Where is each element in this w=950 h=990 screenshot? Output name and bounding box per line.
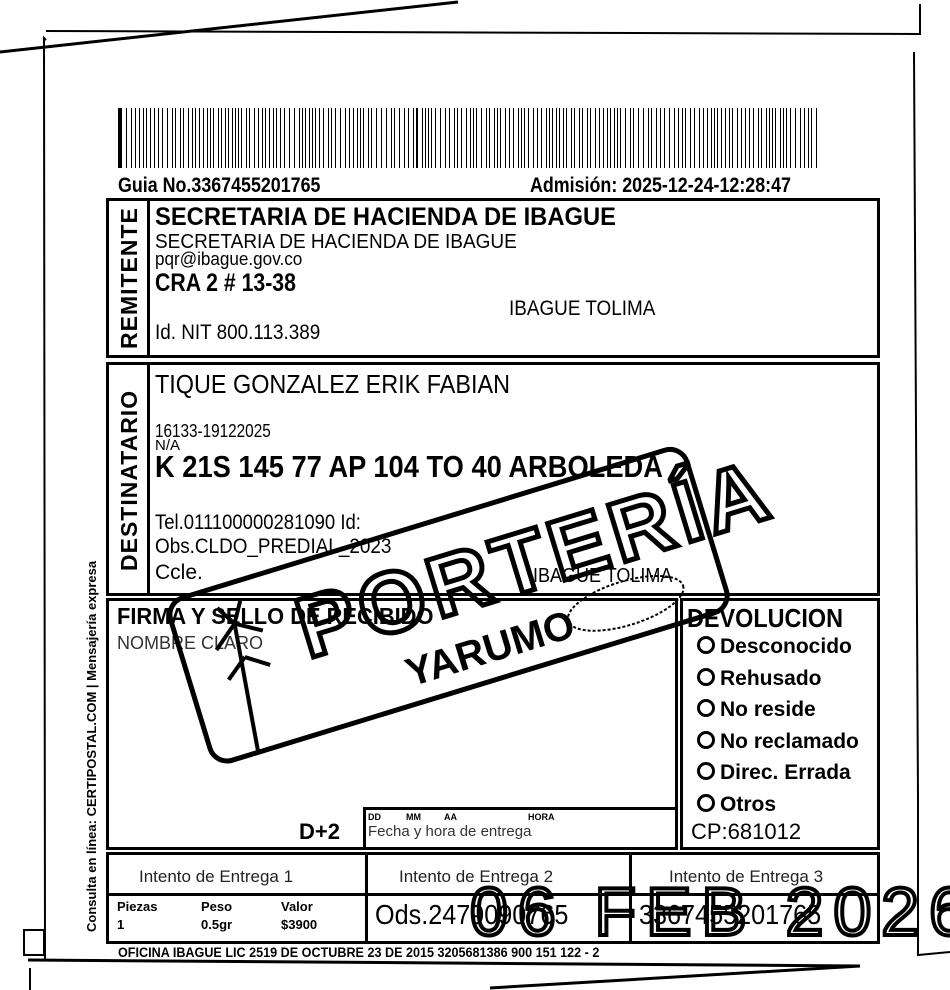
radio-circle-icon[interactable] <box>697 699 715 717</box>
date-header-dd: DD <box>368 812 381 822</box>
sender-address: CRA 2 # 13-38 <box>155 269 321 298</box>
signature-box[interactable]: FIRMA Y SELLO DE RECIBIDO NOMBRE CLARO D… <box>106 598 678 850</box>
return-option-label: No reside <box>720 698 816 721</box>
return-box: DEVOLUCION DesconocidoRehusadoNo resideN… <box>680 598 880 850</box>
recipient-box: DESTINATARIO TIQUE GONZALEZ ERIK FABIAN … <box>106 362 880 596</box>
recipient-ccle: Ccle. <box>155 561 203 585</box>
sender-email: pqr@ibague.gov.co <box>155 249 310 270</box>
date-header-aa: AA <box>444 812 457 822</box>
postal-code: CP:681012 <box>691 819 801 845</box>
return-option[interactable]: Otros <box>697 793 776 817</box>
service-type: D+2 <box>299 819 340 845</box>
sender-box: REMITENTE SECRETARIA DE HACIENDA DE IBAG… <box>106 198 880 358</box>
weight-header: Peso <box>201 899 232 914</box>
sender-section-label: REMITENTE <box>116 207 143 349</box>
return-option-label: Otros <box>720 793 776 816</box>
return-option[interactable]: No reclamado <box>697 730 859 754</box>
sender-name-bold: SECRETARIA DE HACIENDA DE IBAGUE <box>155 203 640 232</box>
value-value: $3900 <box>281 917 317 932</box>
attempt-3[interactable]: Intento de Entrega 3 <box>669 867 823 887</box>
pieces-value: 1 <box>117 917 124 932</box>
date-caption: Fecha y hora de entrega <box>368 823 531 840</box>
delivery-date-field[interactable]: DD MM AA HORA Fecha y hora de entrega <box>363 807 675 847</box>
return-option-label: No reclamado <box>720 730 859 753</box>
recipient-city: IBAGUE TOLIMA <box>533 565 688 588</box>
delivery-attempts-box: Intento de Entrega 1 Intento de Entrega … <box>106 852 880 944</box>
date-header-hora: HORA <box>528 812 555 822</box>
signature-title: FIRMA Y SELLO DE RECIBIDO <box>117 603 450 630</box>
pieces-header: Piezas <box>117 899 157 914</box>
recipient-name: TIQUE GONZALEZ ERIK FABIAN <box>155 369 549 400</box>
radio-circle-icon[interactable] <box>697 636 715 654</box>
radio-circle-icon[interactable] <box>697 668 715 686</box>
radio-circle-icon[interactable] <box>697 762 715 780</box>
guide-code: 3367455201765 <box>639 899 841 931</box>
return-option-label: Rehusado <box>720 667 822 690</box>
return-option[interactable]: No reside <box>697 698 816 722</box>
admission-date: Admisión: 2025-12-24-12:28:47 <box>530 174 837 200</box>
date-header-mm: MM <box>406 812 421 822</box>
return-option-label: Direc. Errada <box>720 761 851 784</box>
barcode <box>118 108 820 168</box>
signature-name-label: NOMBRE CLARO <box>117 633 263 654</box>
recipient-obs: Obs.CLDO_PREDIAL_2023 <box>155 535 418 559</box>
return-option-label: Desconocido <box>720 635 852 658</box>
attempt-2[interactable]: Intento de Entrega 2 <box>399 867 553 887</box>
sender-city: IBAGUE TOLIMA <box>509 297 672 321</box>
attempt-1[interactable]: Intento de Entrega 1 <box>139 867 293 887</box>
recipient-section-label: DESTINATARIO <box>116 390 143 571</box>
recipient-phone: Tel.011100000281090 Id: <box>155 511 389 535</box>
value-header: Valor <box>281 899 313 914</box>
sender-nit: Id. NIT 800.113.389 <box>155 321 339 345</box>
return-title: DEVOLUCION <box>687 603 860 634</box>
radio-circle-icon[interactable] <box>697 794 715 812</box>
return-option[interactable]: Direc. Errada <box>697 761 851 785</box>
radio-circle-icon[interactable] <box>697 731 715 749</box>
return-option[interactable]: Rehusado <box>697 667 822 691</box>
recipient-address: K 21S 145 77 AP 104 TO 40 ARBOLEDA <box>155 449 732 485</box>
guide-number: Guia No.3367455201765 <box>118 174 356 200</box>
footer-office: OFICINA IBAGUE LIC 2519 DE OCTUBRE 23 DE… <box>118 944 653 960</box>
side-text: Consulta en línea: CERTIPOSTAL.COM | Men… <box>84 561 99 932</box>
return-option[interactable]: Desconocido <box>697 635 852 659</box>
order-number: Ods.2479090765 <box>375 899 590 931</box>
weight-value: 0.5gr <box>201 917 232 932</box>
